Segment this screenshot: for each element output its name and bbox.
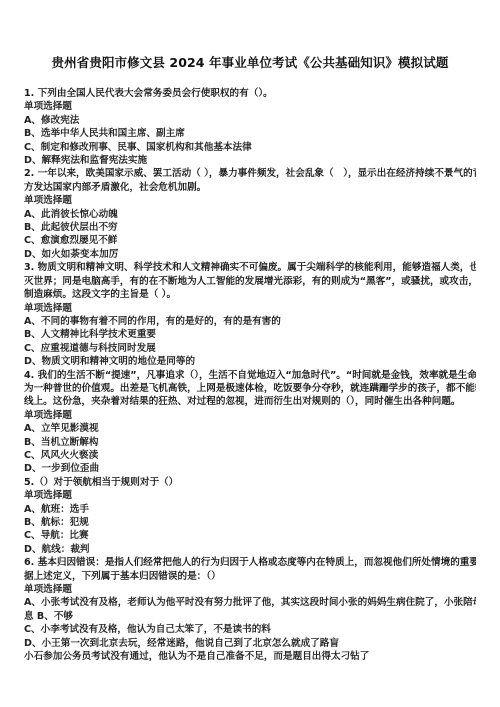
question-2-option-a: A、此消彼长惊心动魄 (24, 208, 476, 221)
question-6-option-a-cont: 息 B、不够 (24, 610, 476, 623)
question-list: 1. 下列由全国人民代表大会常务委员会行使职权的有（）。 单项选择题 A、修改宪… (24, 87, 476, 663)
question-6-option-c: C、小李考试没有及格，他认为自己太笨了，不是读书的料 (24, 623, 476, 636)
question-1-stem: 1. 下列由全国人民代表大会常务委员会行使职权的有（）。 (24, 87, 476, 100)
question-2-stem: 2. 一年以来，欧美国家示威、罢工活动（ ），暴力事件频发，社会乱象（ ），显示… (24, 167, 476, 180)
question-1-option-d: D、解释宪法和监督宪法实施 (24, 154, 476, 167)
question-2-stem-cont: 方发达国家内部矛盾激化，社会危机加剧。 (24, 181, 476, 194)
question-2-option-d: D、如火如荼变本加厉 (24, 248, 476, 261)
question-type-label: 单项选择题 (24, 489, 476, 502)
question-6-option-a: A、小张考试没有及格，老师认为他平时没有努力批评了他，其实这段时间小张的妈妈生病… (24, 596, 476, 609)
question-type-label: 单项选择题 (24, 583, 476, 596)
question-type-label: 单项选择题 (24, 100, 476, 113)
question-4-stem-cont: 线上。这份急，夹杂着对结果的狂热、对过程的忽视，进而衍生出对规则的（），同时催生… (24, 395, 476, 408)
question-3-stem-cont: 制造麻烦。这段文字的主旨是（ ）。 (24, 288, 476, 301)
question-4-option-d: D、一步到位歪曲 (24, 462, 476, 475)
question-type-label: 单项选择题 (24, 194, 476, 207)
question-4-option-a: A、立竿见影漠视 (24, 422, 476, 435)
question-5-option-d: D、航线：裁判 (24, 543, 476, 556)
question-4-stem-cont: 为一种普世的价值观。出差是飞机高铁，上网是极速体检，吃饭要争分夺秒，就连蹒跚学步… (24, 382, 476, 395)
question-5-option-c: C、导航：比赛 (24, 529, 476, 542)
question-2-option-b: B、此起彼伏层出不穷 (24, 221, 476, 234)
question-6-stem: 6. 基本归因错误：是指人们经常把他人的行为归因于人格或态度等内在特质上，而忽视… (24, 556, 476, 569)
question-4-option-b: B、当机立断解构 (24, 436, 476, 449)
question-3-option-c: C、应重视道德与科技同时发展 (24, 342, 476, 355)
question-2-option-c: C、愈演愈烈屡见不鲜 (24, 234, 476, 247)
question-5-option-b: B、航标：犯规 (24, 516, 476, 529)
question-3-stem: 3. 物质文明和精神文明、科学技术和人文精神确实不可偏废。属于尖端科学的核能利用… (24, 261, 476, 274)
question-3-stem-cont: 灭世界；同是电脑高手，有的在不断地为人工智能的发展增光添彩，有的则成为“黑客”，… (24, 275, 476, 288)
question-1-option-c: C、制定和修改刑事、民事、国家机构和其他基本法律 (24, 141, 476, 154)
question-5-stem: 5.（）对于领航相当于规则对于（） (24, 476, 476, 489)
question-3-option-b: B、人文精神比科学技术更重要 (24, 328, 476, 341)
question-type-label: 单项选择题 (24, 409, 476, 422)
question-1-option-a: A、修改宪法 (24, 114, 476, 127)
question-1-option-b: B、选举中华人民共和国主席、副主席 (24, 127, 476, 140)
question-6-option-extra: 小石参加公务员考试没有通过，他认为不是自己准备不足，而是题目出得太刁钻了 (24, 650, 476, 663)
question-6-stem-cont: 据上述定义，下列属于基本归因错误的是：（） (24, 570, 476, 583)
question-3-option-a: A、不同的事物有着不同的作用，有的是好的，有的是有害的 (24, 315, 476, 328)
question-4-stem: 4. 我们的生活不断“提速”，凡事追求（），生活不自觉地迈入“加急时代”。“时间… (24, 369, 476, 382)
document-title: 贵州省贵阳市修文县 2024 年事业单位考试《公共基础知识》模拟试题 (0, 53, 500, 71)
question-3-option-d: D、物质文明和精神文明的地位是同等的 (24, 355, 476, 368)
question-type-label: 单项选择题 (24, 302, 476, 315)
question-5-option-a: A、航班：选手 (24, 503, 476, 516)
document-page: 贵州省贵阳市修文县 2024 年事业单位考试《公共基础知识》模拟试题 1. 下列… (0, 0, 500, 707)
question-4-option-c: C、风风火火亵渎 (24, 449, 476, 462)
question-6-option-d: D、小王第一次到北京去玩，经常迷路，他说自己到了北京怎么就成了路盲 (24, 637, 476, 650)
